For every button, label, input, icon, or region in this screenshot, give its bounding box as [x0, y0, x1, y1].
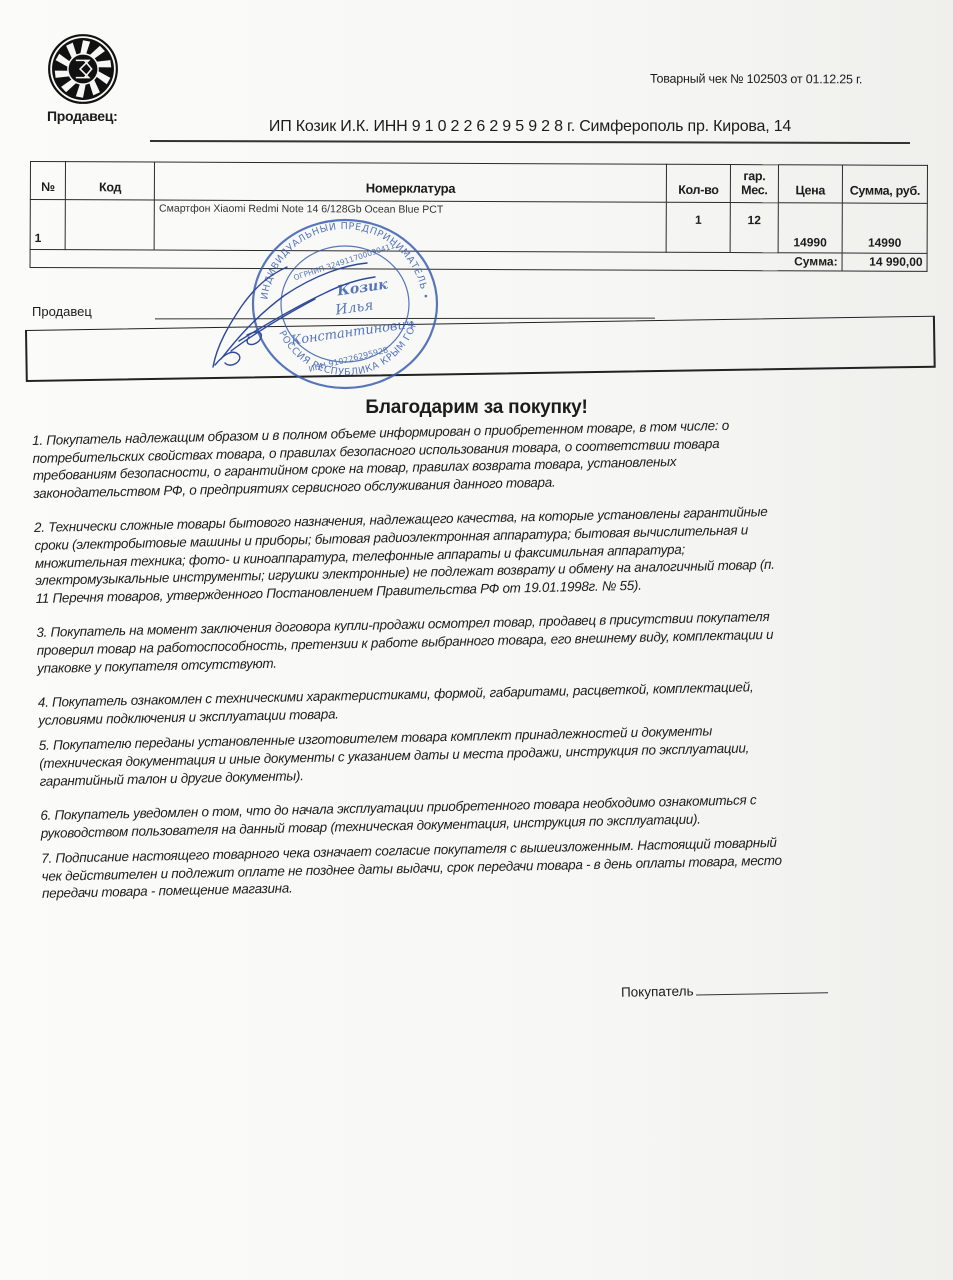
- col-header-name: Номерклатура: [155, 162, 667, 202]
- seller-signature-label: Продавец: [32, 304, 92, 319]
- terms-section: 1. Покупатель надлежащим образом и в пол…: [32, 412, 953, 903]
- buyer-signature-label: Покупатель: [621, 984, 694, 1000]
- col-header-sum: Сумма, руб.: [842, 165, 927, 203]
- cell-price: 14990: [778, 203, 842, 253]
- col-header-price: Цена: [778, 165, 842, 203]
- term-clause-2: 2. Технически сложные товары бытового на…: [34, 499, 953, 607]
- total-value: 14 990,00: [842, 253, 927, 271]
- term-clause-1: 1. Покупатель надлежащим образом и в пол…: [32, 412, 953, 502]
- seller-underline: [150, 140, 910, 143]
- receipt-number-date: Товарный чек № 102503 от 01.12.25 г.: [650, 72, 862, 87]
- store-logo-icon: [47, 33, 119, 105]
- col-header-code: Код: [66, 162, 155, 200]
- blank-box: [25, 316, 936, 382]
- cell-warranty: 12: [730, 203, 778, 253]
- receipt-page: Товарный чек № 102503 от 01.12.25 г. Про…: [0, 0, 953, 1280]
- term-clause-5: 5. Покупателю переданы установленные изг…: [39, 717, 953, 790]
- term-clause-3: 3. Покупатель на момент заключения догов…: [36, 604, 953, 677]
- buyer-signature: Покупатель: [621, 981, 828, 1000]
- table-header-row: № Код Номерклатура Кол-во гар. Мес. Цена…: [30, 162, 927, 204]
- items-table: № Код Номерклатура Кол-во гар. Мес. Цена…: [30, 161, 928, 272]
- term-clause-7: 7. Подписание настоящего товарного чека …: [41, 830, 953, 903]
- seller-details: ИП Козик И.К. ИНН 9 1 0 2 2 6 2 9 5 9 2 …: [150, 118, 910, 136]
- col-header-number: №: [30, 162, 65, 200]
- cell-code: [65, 200, 154, 250]
- col-header-warranty: гар. Мес.: [730, 165, 778, 203]
- col-header-quantity: Кол-во: [666, 164, 730, 202]
- cell-number: 1: [30, 200, 65, 250]
- total-row: Сумма: 14 990,00: [30, 250, 927, 272]
- table-row: 1 Смартфон Xiaomi Redmi Note 14 6/128Gb …: [30, 200, 927, 254]
- cell-sum: 14990: [842, 203, 927, 253]
- handwritten-signature: [195, 255, 425, 375]
- seller-label: Продавец:: [47, 108, 117, 124]
- cell-quantity: 1: [666, 202, 730, 252]
- buyer-signature-line: [696, 992, 828, 995]
